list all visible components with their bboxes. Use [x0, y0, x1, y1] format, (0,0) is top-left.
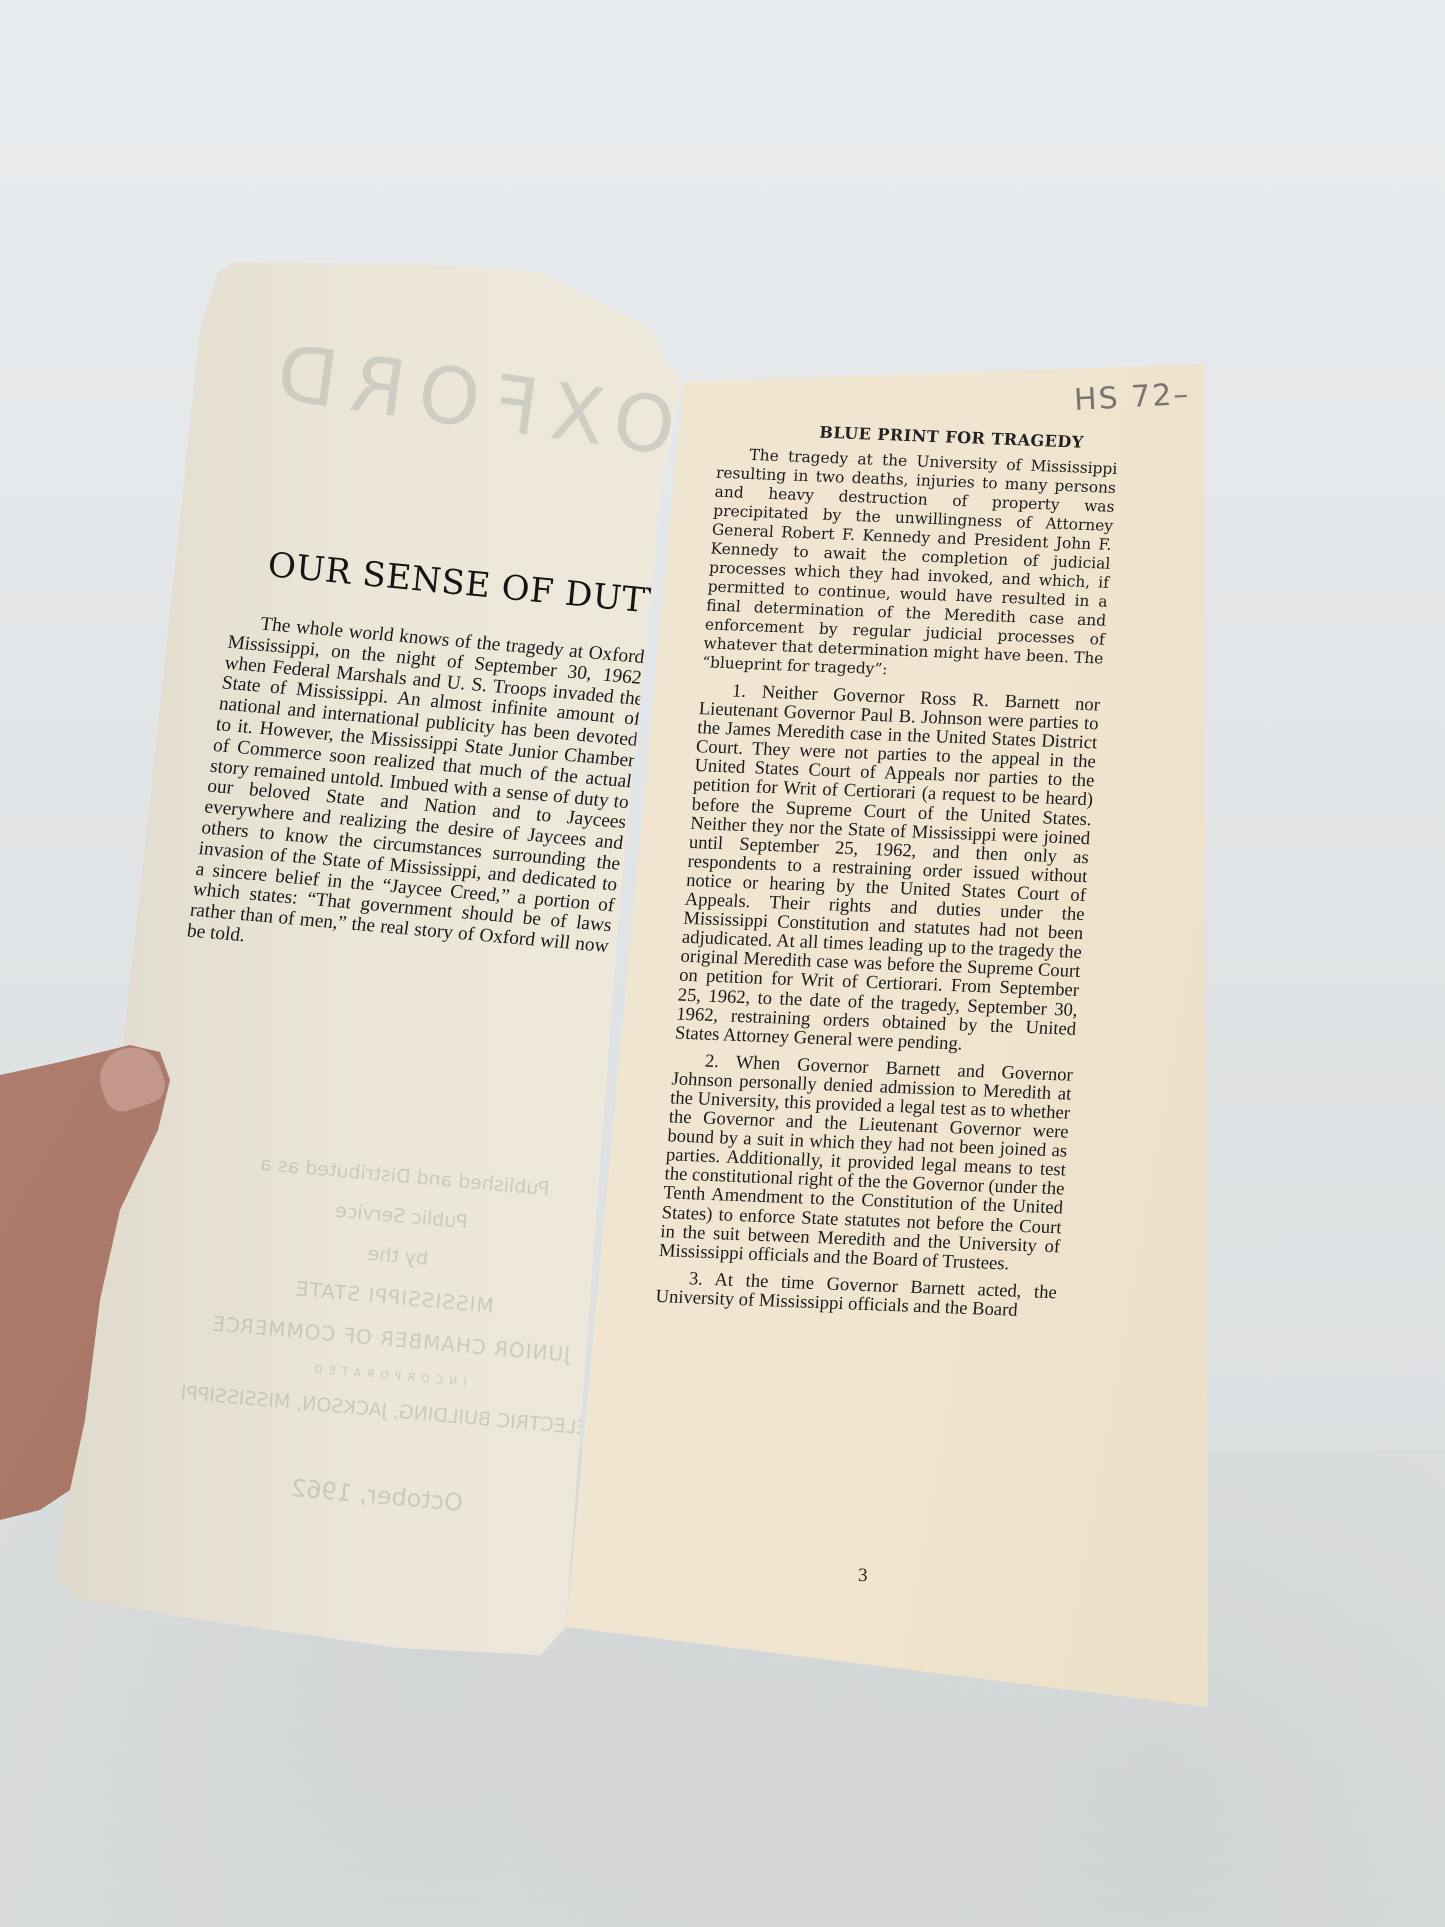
point-3-paragraph: 3. At the time Governor Barnett acted, t…: [655, 1268, 1058, 1321]
show-through-colophon: Published and Distributed as a Public Se…: [155, 1147, 625, 1547]
point-1-paragraph: 1. Neither Governor Ross R. Barnett nor …: [674, 680, 1100, 1057]
left-page-body: The whole world knows of the tragedy at …: [186, 612, 651, 979]
left-body-paragraph: The whole world knows of the tragedy at …: [186, 612, 651, 979]
page-number: 3: [858, 1565, 868, 1587]
right-page-content: BLUE PRINT FOR TRAGEDY The tragedy at th…: [700, 420, 1120, 436]
left-page-heading: OUR SENSE OF DUTY: [266, 545, 670, 623]
show-through-title: OXFORD: [258, 327, 681, 474]
intro-paragraph: The tragedy at the University of Mississ…: [702, 445, 1118, 688]
right-page-body: The tragedy at the University of Mississ…: [654, 445, 1118, 1330]
point-2-paragraph: 2. When Governor Barnett and Governor Jo…: [658, 1050, 1073, 1275]
colophon-date: October, 1962: [157, 1462, 598, 1528]
handwritten-note: HS 72–: [1073, 377, 1191, 418]
